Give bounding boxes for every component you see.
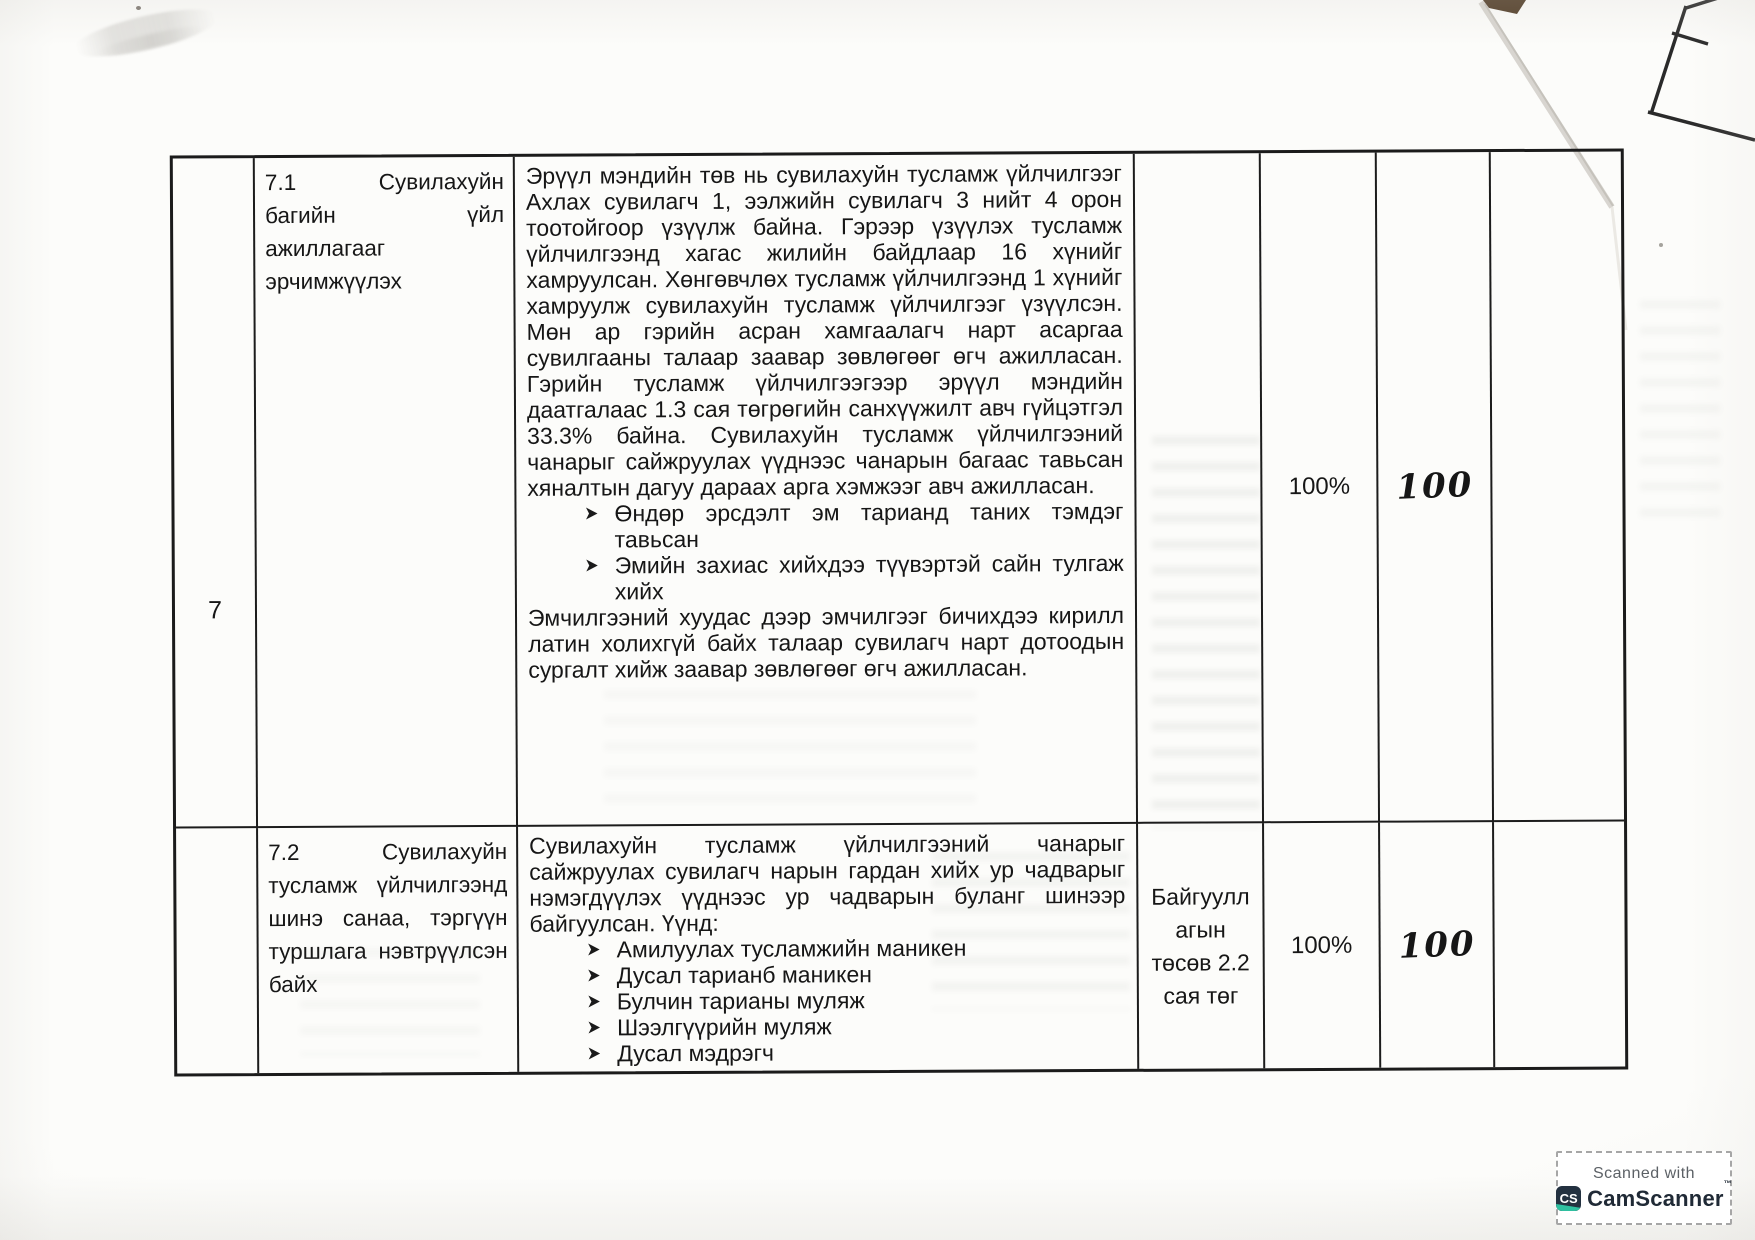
list-item-text: Дусал тарианб маникен bbox=[617, 960, 1126, 988]
ink-dot bbox=[136, 6, 141, 10]
result-outro: Эмчилгээний хуудас дээр эмчилгээг бичихд… bbox=[528, 602, 1124, 683]
list-item-text: Өндөр эрсдэлт эм тарианд таних тэмдэг та… bbox=[614, 498, 1123, 552]
budget-line: сая төг bbox=[1163, 979, 1238, 1012]
list-item: Дусал тарианб маникен bbox=[530, 960, 1126, 989]
budget-line: Байгуулл bbox=[1151, 880, 1250, 913]
list-item: Шээлгүүрийн муляж bbox=[530, 1012, 1126, 1041]
bullet-arrow-icon bbox=[587, 967, 602, 983]
target-percent: 100% bbox=[1291, 931, 1353, 959]
objective-cell-7-2: 7.2 Сувилахуйн тусламж үйлчилгээнд шинэ … bbox=[258, 827, 519, 1073]
bullet-arrow-icon bbox=[587, 1019, 602, 1035]
scanned-page: 7 7.1 Сувилахуйн багийн үйл ажиллагааг э… bbox=[0, 0, 1755, 1240]
row-number: 7 bbox=[208, 596, 222, 624]
target-percent: 100% bbox=[1289, 473, 1351, 501]
row-number-cell: 7 bbox=[173, 158, 258, 828]
list-item: Амилуулах тусламжийн маникен bbox=[530, 934, 1126, 963]
list-item-text: Эмийн захиас хийхдээ түүвэртэй сайн тулг… bbox=[615, 550, 1124, 604]
camscanner-logo-icon: CS bbox=[1556, 1186, 1581, 1211]
target-cell-7-1: 100% bbox=[1261, 153, 1380, 824]
list-item: Өндөр эрсдэлт эм тарианд таних тэмдэг та… bbox=[527, 498, 1123, 553]
camscanner-watermark: Scanned with CS CamScanner™ bbox=[1556, 1151, 1732, 1225]
budget-cell-7-1 bbox=[1135, 153, 1264, 824]
handwritten-score: 100 bbox=[1397, 923, 1476, 966]
budget-line: төсөв 2.2 bbox=[1152, 946, 1250, 979]
trademark-symbol: ™ bbox=[1724, 1179, 1732, 1188]
bullet-arrow-icon bbox=[584, 505, 599, 521]
list-item-text: Шээлгүүрийн муляж bbox=[617, 1012, 1126, 1040]
budget-line: агын bbox=[1175, 913, 1226, 946]
list-item: Эмийн захиас хийхдээ түүвэртэй сайн тулг… bbox=[528, 550, 1124, 605]
result-cell-7-1: Эрүүл мэндийн төв нь сувилахуйн тусламж … bbox=[515, 154, 1138, 827]
results-table: 7 7.1 Сувилахуйн багийн үйл ажиллагааг э… bbox=[170, 148, 1628, 1076]
handwritten-score: 100 bbox=[1395, 465, 1474, 508]
background-sheet-lines bbox=[1648, 0, 1755, 140]
list-item-text: Дусал мэдрэгч bbox=[617, 1038, 1126, 1066]
list-item-text: Булчин тарианы муляж bbox=[617, 986, 1126, 1014]
score-cell-7-1: 100 bbox=[1377, 152, 1494, 823]
list-item: Булчин тарианы муляж bbox=[530, 986, 1126, 1015]
score-cell-7-2: 100 bbox=[1380, 822, 1495, 1068]
watermark-brand: CamScanner™ bbox=[1587, 1186, 1732, 1212]
bullet-arrow-icon bbox=[585, 557, 600, 573]
empty-cell-7-1 bbox=[1491, 151, 1624, 822]
empty-cell-7-2 bbox=[1494, 821, 1625, 1067]
bullet-arrow-icon bbox=[587, 1045, 602, 1061]
objective-text: 7.1 Сувилахуйн багийн үйл ажиллагааг эрч… bbox=[265, 165, 505, 298]
watermark-scanned-with: Scanned with bbox=[1593, 1165, 1695, 1183]
list-item-text: Амилуулах тусламжийн маникен bbox=[617, 934, 1126, 962]
objective-text: 7.2 Сувилахуйн тусламж үйлчилгээнд шинэ … bbox=[268, 835, 508, 1001]
objective-cell-7-1: 7.1 Сувилахуйн багийн үйл ажиллагааг эрч… bbox=[255, 157, 518, 828]
list-item: Дусал мэдрэгч bbox=[530, 1038, 1126, 1067]
bullet-arrow-icon bbox=[587, 993, 602, 1009]
budget-cell-7-2: Байгуулл агын төсөв 2.2 сая төг bbox=[1138, 823, 1265, 1069]
result-cell-7-2: Сувилахуйн тусламж үйлчилгээний чанарыг … bbox=[518, 824, 1139, 1072]
row-number-cell-empty bbox=[176, 828, 259, 1073]
bullet-arrow-icon bbox=[587, 941, 602, 957]
target-cell-7-2: 100% bbox=[1264, 823, 1381, 1069]
result-intro: Эрүүл мэндийн төв нь сувилахуйн тусламж … bbox=[526, 160, 1124, 501]
result-intro: Сувилахуйн тусламж үйлчилгээний чанарыг … bbox=[529, 830, 1126, 937]
